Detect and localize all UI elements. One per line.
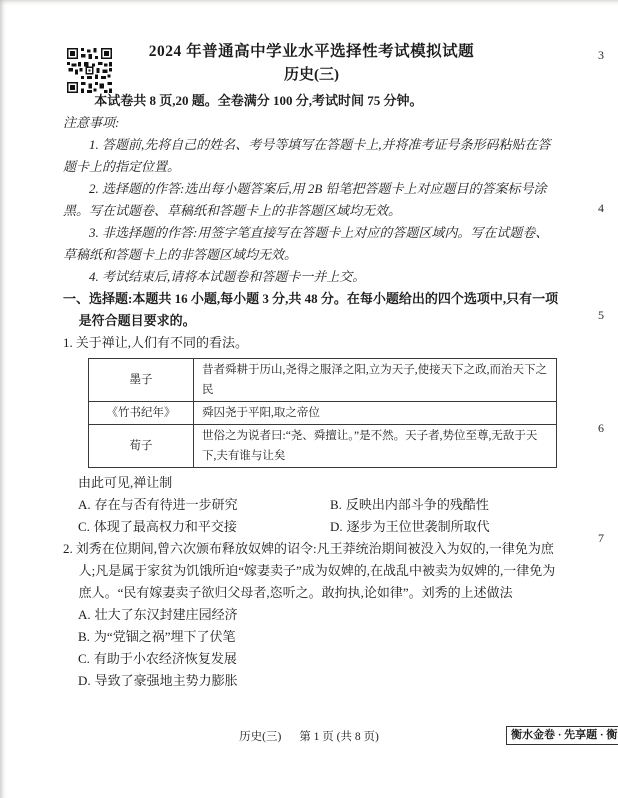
option-label: C. <box>78 651 90 666</box>
option-text: 逐步为王位世袭制所取代 <box>347 519 490 534</box>
option-c: C.有助于小农经济恢复发展 <box>78 648 560 670</box>
option-text: 壮大了东汉封建庄园经济 <box>95 607 238 622</box>
option-a: A.存在与否有待进一步研究 <box>78 494 330 516</box>
option-label: C. <box>78 519 90 534</box>
page-content: 2024 年普通高中学业水平选择性考试模拟试题 历史(三) 本试卷共 8 页,2… <box>63 40 560 692</box>
footer-subject: 历史(三) <box>239 731 281 743</box>
option-label: D. <box>330 519 343 534</box>
table-cell-source: 荀子 <box>89 425 194 468</box>
margin-number: 3 <box>598 48 604 63</box>
option-c: C.体现了最高权力和平交接 <box>78 516 330 538</box>
question-stem: 1.关于禅让,人们有不同的看法。 <box>63 332 560 354</box>
margin-number: 5 <box>598 308 604 323</box>
exam-title: 2024 年普通高中学业水平选择性考试模拟试题 <box>63 40 560 64</box>
table-cell-source: 墨子 <box>89 359 194 402</box>
exam-notes: 注意事项: 1. 答题前,先将自己的姓名、考号等填写在答题卡上,并将准考证号条形… <box>63 112 560 288</box>
question-number: 1. <box>63 335 73 350</box>
options: A.壮大了东汉封建庄园经济 B.为“党锢之祸”埋下了伏笔 C.有助于小农经济恢复… <box>78 604 560 692</box>
margin-number: 4 <box>598 201 604 216</box>
option-label: B. <box>78 629 90 644</box>
option-text: 体现了最高权力和平交接 <box>94 519 237 534</box>
brand-label: 衡水金卷 · 先享题 · 衡 <box>506 726 618 745</box>
option-label: B. <box>330 497 342 512</box>
exam-paper-page: 3 4 5 6 7 2024 年普通高中学业水平选择性考试模拟试题 历史(三) … <box>0 0 618 798</box>
option-text: 为“党锢之祸”埋下了伏笔 <box>94 629 236 644</box>
question-stem: 2.刘秀在位期间,曾六次颁布释放奴婢的诏令:凡王莽统治期间被没入为奴的,一律免为… <box>63 538 560 604</box>
footer-page-number: 第 1 页 (共 8 页) <box>299 731 379 743</box>
option-b: B.为“党锢之祸”埋下了伏笔 <box>78 626 560 648</box>
option-text: 存在与否有待进一步研究 <box>95 497 238 512</box>
option-label: A. <box>78 607 91 622</box>
option-b: B.反映出内部斗争的残酷性 <box>330 494 560 516</box>
option-text: 反映出内部斗争的残酷性 <box>346 497 489 512</box>
note-item: 3. 非选择题的作答:用签字笔直接写在答题卡上对应的答题区域内。写在试题卷、草稿… <box>63 222 560 266</box>
option-label: A. <box>78 497 91 512</box>
table-row: 墨子 昔者舜耕于历山,尧得之服泽之阳,立为天子,使接天下之政,而治天下之民 <box>89 359 557 402</box>
table-cell-source: 《竹书纪年》 <box>89 402 194 425</box>
question-followup: 由此可见,禅让制 <box>78 472 560 494</box>
source-table: 墨子 昔者舜耕于历山,尧得之服泽之阳,立为天子,使接天下之政,而治天下之民 《竹… <box>88 358 557 468</box>
option-d: D.导致了豪强地主势力膨胀 <box>78 670 560 692</box>
option-d: D.逐步为王位世袭制所取代 <box>330 516 560 538</box>
exam-subject: 历史(三) <box>63 64 560 87</box>
question-stem-text: 刘秀在位期间,曾六次颁布释放奴婢的诏令:凡王莽统治期间被没入为奴的,一律免为庶人… <box>76 541 556 600</box>
table-cell-text: 世俗之为说者曰:“尧、舜擅让。”是不然。天子者,势位至尊,无敌于天下,夫有谁与让… <box>194 425 557 468</box>
question-stem-text: 关于禅让,人们有不同的看法。 <box>76 335 248 350</box>
note-item: 2. 选择题的作答:选出每小题答案后,用 2B 铅笔把答题卡上对应题目的答案标号… <box>63 178 560 222</box>
option-text: 有助于小农经济恢复发展 <box>94 651 237 666</box>
note-item: 4. 考试结束后,请将本试题卷和答题卡一并上交。 <box>63 266 560 288</box>
table-row: 荀子 世俗之为说者曰:“尧、舜擅让。”是不然。天子者,势位至尊,无敌于天下,夫有… <box>89 425 557 468</box>
paper-info: 本试卷共 8 页,20 题。全卷满分 100 分,考试时间 75 分钟。 <box>63 90 560 112</box>
question-1: 1.关于禅让,人们有不同的看法。 墨子 昔者舜耕于历山,尧得之服泽之阳,立为天子… <box>63 332 560 538</box>
notes-heading: 注意事项: <box>63 112 560 134</box>
option-label: D. <box>78 673 91 688</box>
table-cell-text: 舜囚尧于平阳,取之帝位 <box>194 402 557 425</box>
table-row: 《竹书纪年》 舜囚尧于平阳,取之帝位 <box>89 402 557 425</box>
note-item: 1. 答题前,先将自己的姓名、考号等填写在答题卡上,并将准考证号条形码粘贴在答题… <box>63 134 560 178</box>
option-a: A.壮大了东汉封建庄园经济 <box>78 604 560 626</box>
options: A.存在与否有待进一步研究 B.反映出内部斗争的残酷性 C.体现了最高权力和平交… <box>78 494 560 538</box>
question-2: 2.刘秀在位期间,曾六次颁布释放奴婢的诏令:凡王莽统治期间被没入为奴的,一律免为… <box>63 538 560 692</box>
margin-number: 7 <box>598 531 604 546</box>
option-text: 导致了豪强地主势力膨胀 <box>95 673 238 688</box>
margin-number: 6 <box>598 421 604 436</box>
question-number: 2. <box>63 541 73 556</box>
table-cell-text: 昔者舜耕于历山,尧得之服泽之阳,立为天子,使接天下之政,而治天下之民 <box>194 359 557 402</box>
section-heading: 一、选择题:本题共 16 小题,每小题 3 分,共 48 分。在每小题给出的四个… <box>63 288 560 332</box>
